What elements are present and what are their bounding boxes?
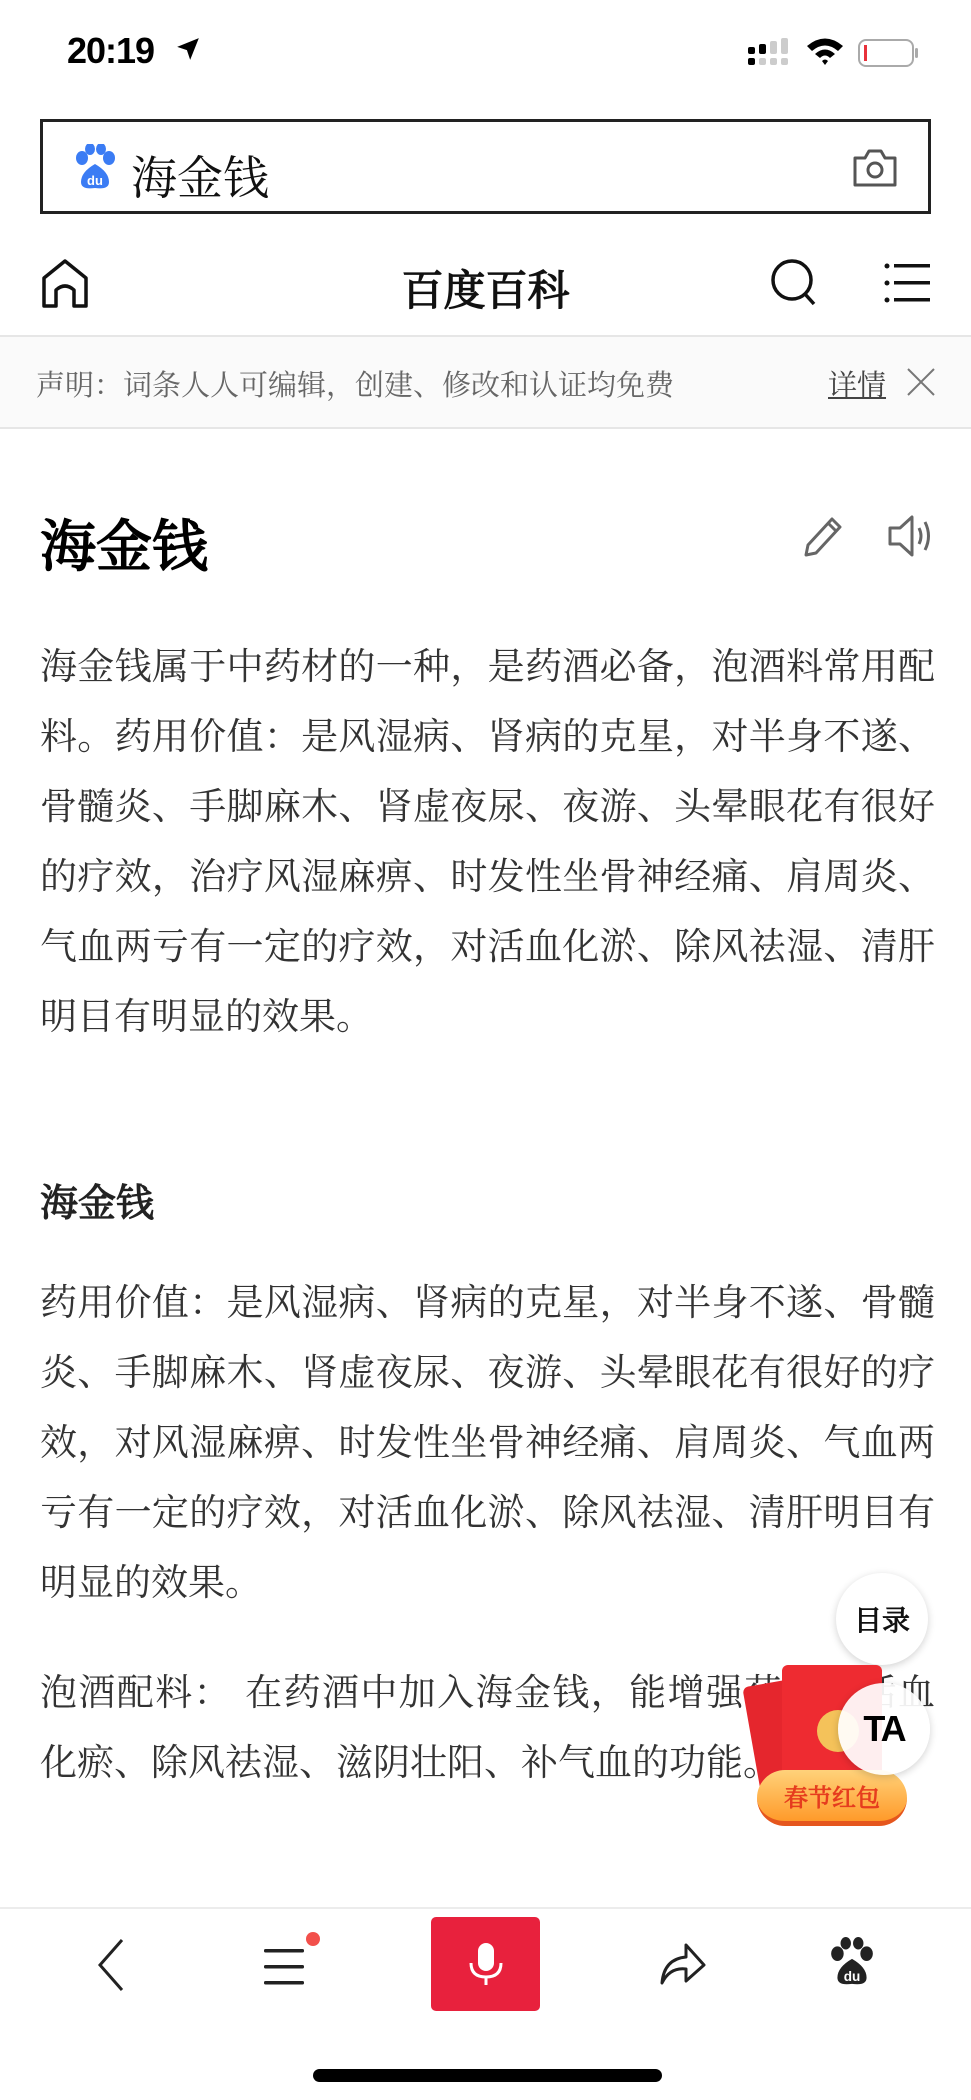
ta-button[interactable]: TA (838, 1683, 930, 1775)
wifi-icon (805, 36, 845, 70)
search-query[interactable]: 海金钱 (131, 142, 269, 208)
home-indicator[interactable] (313, 2069, 662, 2082)
ta-label: TA (863, 1708, 904, 1750)
divider (0, 427, 971, 429)
toc-label: 目录 (854, 1599, 910, 1639)
notice-details-link[interactable]: 详情 (828, 363, 886, 404)
battery-icon (858, 38, 920, 72)
section-title: 海金钱 (40, 1172, 154, 1227)
status-time: 20:19 (67, 30, 154, 72)
edit-pencil-icon[interactable] (802, 515, 844, 561)
entry-title: 海金钱 (40, 503, 208, 583)
notice-text: 声明：词条人人可编辑，创建、修改和认证均免费 (36, 363, 674, 404)
speaker-icon[interactable] (886, 513, 934, 563)
page-brand: 百度百科 (0, 258, 971, 318)
notification-dot (306, 1932, 320, 1946)
table-of-contents-button[interactable]: 目录 (836, 1573, 928, 1665)
cellular-signal-icon (748, 38, 790, 72)
camera-icon[interactable] (852, 148, 898, 192)
location-arrow-icon (175, 36, 201, 66)
red-packet-label: 春节红包 (757, 1770, 907, 1826)
list-icon[interactable] (262, 1937, 308, 1991)
svg-text:du: du (844, 1969, 861, 1984)
search-box[interactable]: du 海金钱 (40, 119, 931, 214)
search-icon[interactable] (770, 258, 820, 312)
baidu-paw-icon[interactable]: du (828, 1937, 876, 1991)
share-icon[interactable] (658, 1937, 708, 1991)
microphone-icon (466, 1941, 506, 1987)
intro-paragraph: 海金钱属于中药材的一种，是药酒必备，泡酒料常用配料。药用价值：是风湿病、肾病的克… (40, 632, 935, 1052)
svg-text:du: du (87, 173, 103, 188)
section-paragraph: 药用价值：是风湿病、肾病的克星，对半身不遂、骨髓炎、手脚麻木、肾虚夜尿、夜游、头… (40, 1268, 935, 1618)
baidu-logo-icon: du (73, 144, 117, 196)
back-icon[interactable] (96, 1938, 126, 1996)
brand-title[interactable]: 百度百科 (401, 266, 569, 315)
close-icon[interactable] (906, 367, 936, 401)
voice-search-button[interactable] (431, 1917, 540, 2011)
home-icon[interactable] (40, 258, 90, 312)
menu-icon[interactable] (884, 262, 932, 310)
